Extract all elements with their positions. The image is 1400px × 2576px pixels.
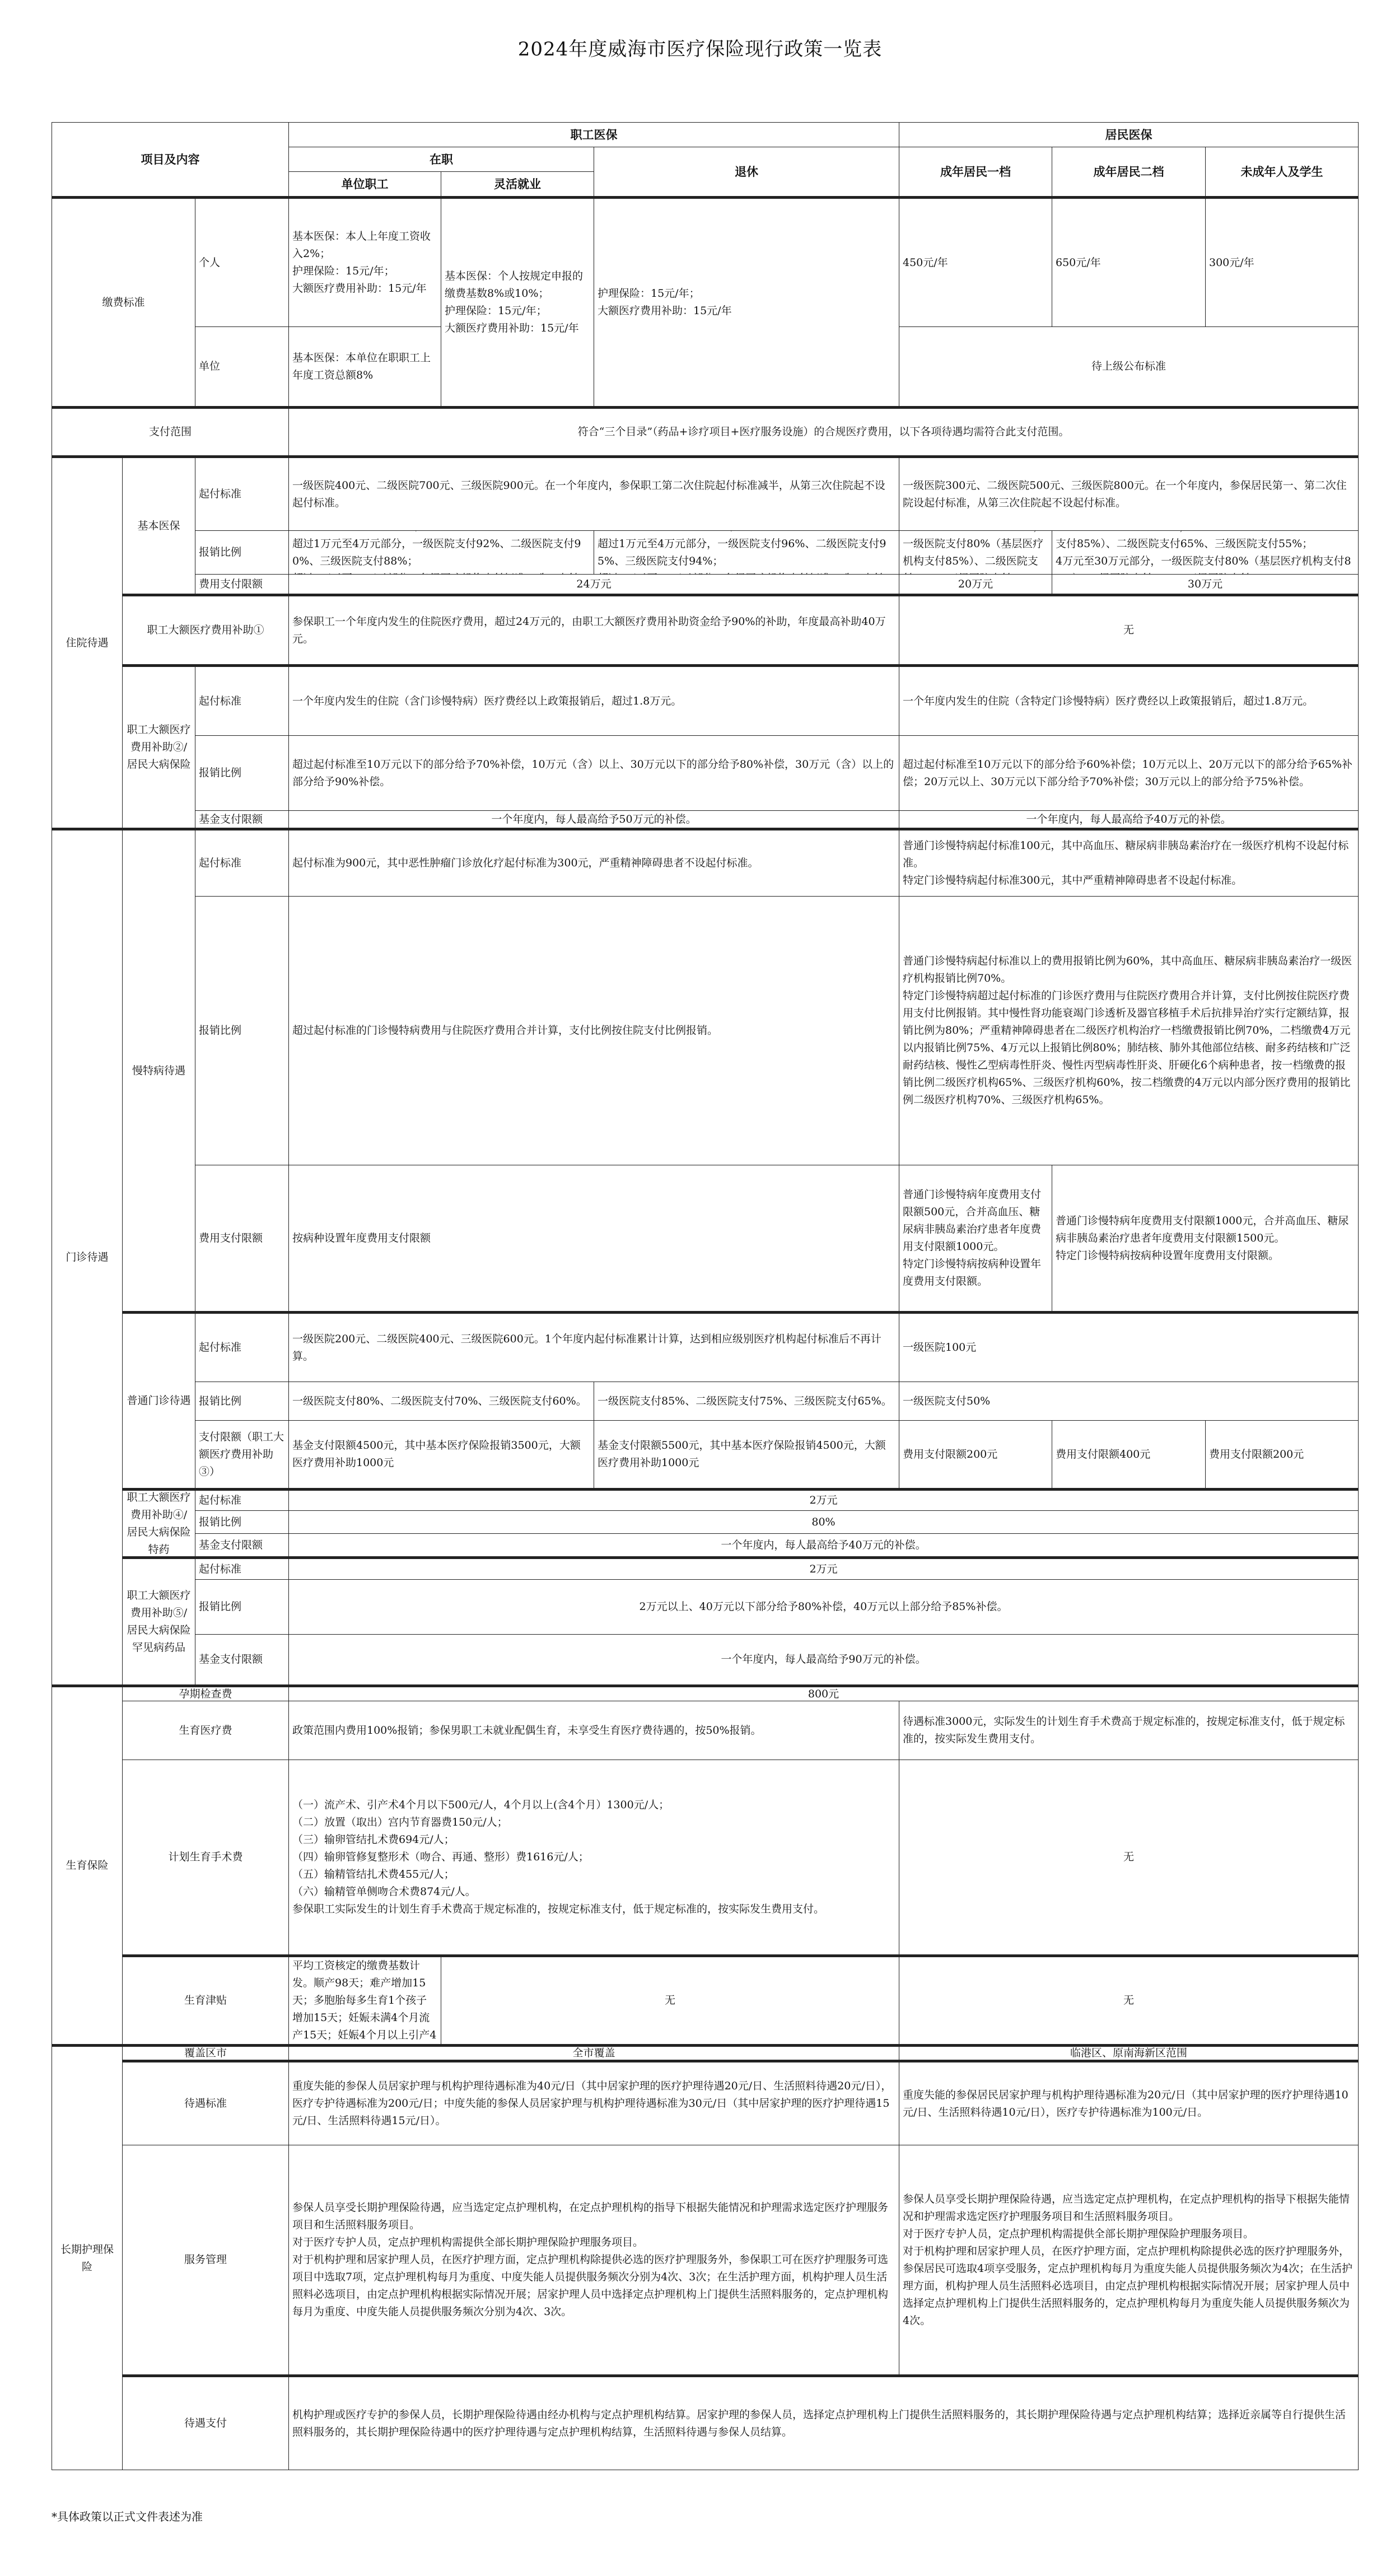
ltc-coverage-label-text: 覆盖区市 xyxy=(126,2045,285,2060)
contribution-flexible: 基本医保：个人按规定申报的缴费基数8%或10%； 护理保险：15元/年； 大额医… xyxy=(441,196,594,407)
outpatient-chronic-deductible-resident-text: 普通门诊慢特病起付标准100元，其中高血压、糖尿病非胰岛素治疗在一级医疗机构不设… xyxy=(903,837,1355,889)
outpatient-general-ratio-employed-text: 一级医院支付80%、二级医院支付70%、三级医院支付60%。 xyxy=(292,1393,590,1410)
ltc-coverage-employee: 全市覆盖 xyxy=(288,2044,899,2060)
inpatient-critical-deductible-label-text: 起付标准 xyxy=(199,693,285,710)
inpatient-critical-fund-employee: 一个年度内，每人最高给予50万元的补偿。 xyxy=(288,810,899,828)
ltc-service-employee-text: 参保人员享受长期护理保险待遇，应当选定定点护理机构，在定点护理机构的指导下根据失… xyxy=(292,2199,895,2321)
maternity-family-planning-label-text: 计划生育手术费 xyxy=(126,1849,285,1866)
maternity-allowance-flexible-retired: 无 xyxy=(441,1954,899,2045)
outpatient-general-limit-tier1: 费用支付限额200元 xyxy=(899,1420,1052,1488)
contribution-minors: 300元/年 xyxy=(1205,196,1359,327)
outpatient-general-deductible-employee-text: 一级医院200元、二级医院400元、三级医院600元。1个年度内起付标准累计计算… xyxy=(292,1331,895,1365)
maternity-medical-employee: 政策范围内费用100%报销；参保男职工未就业配偶生育，未享受生育医疗费待遇的，按… xyxy=(288,1701,899,1760)
payment-scope-label: 支付范围 xyxy=(52,406,289,456)
outpatient-special-drug-ratio: 80% xyxy=(288,1510,1359,1534)
outpatient-general-limit-retired-text: 基金支付限额5500元，其中基本医疗保险报销4500元，大额医疗费用补助1000… xyxy=(598,1437,895,1472)
outpatient-chronic-limit-tier1: 普通门诊慢特病年度费用支付限额500元，合并高血压、糖尿病非胰岛素治疗患者年度费… xyxy=(899,1165,1052,1312)
inpatient-critical-deductible-employee: 一个年度内发生的住院（含门诊慢特病）医疗费经以上政策报销后，超过1.8万元。 xyxy=(288,664,899,736)
outpatient-chronic-limit-label-text: 费用支付限额 xyxy=(199,1230,285,1247)
outpatient-general-limit-retired: 基金支付限额5500元，其中基本医疗保险报销4500元，大额医疗费用补助1000… xyxy=(594,1420,899,1488)
maternity-medical-label-text: 生育医疗费 xyxy=(126,1722,285,1739)
inpatient-label-text: 住院待遇 xyxy=(55,634,119,652)
outpatient-rare-drug-deductible-label-text: 起付标准 xyxy=(199,1561,285,1578)
contribution-unit-resident-text: 待上级公布标准 xyxy=(903,358,1355,375)
ltc-standard-label: 待遇标准 xyxy=(122,2060,289,2145)
outpatient-chronic-deductible-label-text: 起付标准 xyxy=(199,855,285,872)
maternity-allowance-resident-text: 无 xyxy=(903,1992,1355,2009)
header-retired: 退休 xyxy=(594,147,899,197)
outpatient-chronic-label: 慢特病待遇 xyxy=(122,828,195,1312)
outpatient-general-limit-tier2-text: 费用支付限额400元 xyxy=(1056,1446,1202,1463)
outpatient-chronic-ratio-label-text: 报销比例 xyxy=(199,1022,285,1039)
outpatient-general-limit-employed: 基金支付限额4500元，其中基本医疗保险报销3500元，大额医疗费用补助1000… xyxy=(288,1420,594,1488)
header-adult-tier1: 成年居民一档 xyxy=(899,147,1052,197)
header-unit-employee-text: 单位职工 xyxy=(292,175,437,193)
maternity-medical-resident-text: 待遇标准3000元，实际发生的计划生育手术费高于规定标准的，按规定标准支付，低于… xyxy=(903,1713,1355,1748)
outpatient-special-drug-deductible: 2万元 xyxy=(288,1488,1359,1511)
inpatient-basic-label: 基本医保 xyxy=(122,455,195,594)
outpatient-rare-drug-deductible: 2万元 xyxy=(288,1556,1359,1580)
footnote: *具体政策以正式文件表述为准 xyxy=(52,2508,203,2524)
header-flexible-employment-text: 灵活就业 xyxy=(445,175,590,193)
inpatient-critical-label: 职工大额医疗费用补助②/居民大病保险 xyxy=(122,664,195,828)
outpatient-chronic-ratio-employee: 超过起付标准的门诊慢特病费用与住院医疗费用合并计算，支付比例按住院支付比例报销。 xyxy=(288,896,899,1165)
maternity-allowance-employee: 以职工所在用人单位上年度月平均工资核定的缴费基数计发。顺产98天；难产增加15天… xyxy=(288,1954,441,2045)
contribution-adult-tier2: 650元/年 xyxy=(1052,196,1206,327)
policy-table: 项目及内容职工医保居民医保在职退休成年居民一档成年居民二档未成年人及学生单位职工… xyxy=(0,0,1400,2576)
outpatient-chronic-deductible-employee-text: 起付标准为900元，其中恶性肿瘤门诊放化疗起付标准为300元，严重精神障碍患者不… xyxy=(292,855,895,872)
outpatient-chronic-limit-label: 费用支付限额 xyxy=(195,1165,289,1312)
inpatient-ratio-retired-text: 超过起付标准至1万元部分，一级医院支付95%、二级医院支付92.5%、三级医院支… xyxy=(598,530,895,575)
outpatient-chronic-limit-employee-text: 按病种设置年度费用支付限额 xyxy=(292,1230,895,1247)
contribution-label: 缴费标准 xyxy=(52,196,195,407)
ltc-payment-label: 待遇支付 xyxy=(122,2374,289,2470)
outpatient-special-drug-deductible-label-text: 起付标准 xyxy=(199,1492,285,1509)
contribution-adult-tier2-text: 650元/年 xyxy=(1056,254,1202,272)
maternity-family-planning-resident-text: 无 xyxy=(903,1849,1355,1866)
outpatient-chronic-ratio-resident: 普通门诊慢特病起付标准以上的费用报销比例为60%，其中高血压、糖尿病非胰岛素治疗… xyxy=(899,896,1359,1165)
inpatient-deductible-label-text: 起付标准 xyxy=(199,486,285,503)
header-minors-students-text: 未成年人及学生 xyxy=(1209,163,1355,180)
header-retired-text: 退休 xyxy=(598,163,895,180)
outpatient-chronic-deductible-label: 起付标准 xyxy=(195,828,289,897)
maternity-allowance-flexible-retired-text: 无 xyxy=(445,1992,895,2009)
outpatient-special-drug-ratio-label: 报销比例 xyxy=(195,1510,289,1534)
maternity-medical-resident: 待遇标准3000元，实际发生的计划生育手术费高于规定标准的，按规定标准支付，低于… xyxy=(899,1701,1359,1760)
maternity-prenatal-label-text: 孕期检查费 xyxy=(126,1686,285,1702)
outpatient-rare-drug-label: 职工大额医疗费用补助⑤/居民大病保险罕见病药品 xyxy=(122,1556,195,1685)
inpatient-critical-deductible-label: 起付标准 xyxy=(195,664,289,736)
outpatient-general-ratio-resident: 一级医院支付50% xyxy=(899,1382,1359,1421)
ltc-coverage-resident-text: 临港区、原南海新区范围 xyxy=(903,2045,1355,2060)
header-unit-employee: 单位职工 xyxy=(288,171,441,197)
inpatient-limit-tier2-minors: 30万元 xyxy=(1052,574,1359,594)
contribution-flexible-text: 基本医保：个人按规定申报的缴费基数8%或10%； 护理保险：15元/年； 大额医… xyxy=(445,268,590,337)
inpatient-limit-tier1-text: 20万元 xyxy=(903,576,1048,593)
contribution-personal-unit-employee: 基本医保：本人上年度工资收入2%； 护理保险：15元/年； 大额医疗费用补助：1… xyxy=(288,196,441,327)
inpatient-ratio-tier2-minors-text: 超过起付标准至4万元部分，一级医院支付80%（基层医疗机构支付85%）、二级医院… xyxy=(1056,530,1355,575)
outpatient-special-drug-deductible-text: 2万元 xyxy=(292,1492,1355,1509)
maternity-family-planning-employee: （一）流产术、引产术4个月以下500元/人，4个月以上(含4个月）1300元/人… xyxy=(288,1760,899,1955)
inpatient-limit-employee: 24万元 xyxy=(288,574,899,594)
inpatient-deductible-resident: 一级医院300元、二级医院500元、三级医院800元。在一个年度内，参保居民第一… xyxy=(899,455,1359,531)
header-adult-tier2-text: 成年居民二档 xyxy=(1056,163,1202,180)
maternity-label-text: 生育保险 xyxy=(55,1857,119,1874)
outpatient-chronic-deductible-resident: 普通门诊慢特病起付标准100元，其中高血压、糖尿病非胰岛素治疗在一级医疗机构不设… xyxy=(899,828,1359,897)
outpatient-general-limit-tier2: 费用支付限额400元 xyxy=(1052,1420,1206,1488)
inpatient-large-subsidy-resident: 无 xyxy=(899,594,1359,665)
header-adult-tier1-text: 成年居民一档 xyxy=(903,163,1048,180)
contribution-adult-tier1-text: 450元/年 xyxy=(903,254,1048,272)
contribution-personal-label: 个人 xyxy=(195,196,289,327)
outpatient-chronic-label-text: 慢特病待遇 xyxy=(126,1062,192,1080)
inpatient-ratio-retired: 超过起付标准至1万元部分，一级医院支付95%、二级医院支付92.5%、三级医院支… xyxy=(594,530,899,575)
outpatient-general-limit-label-text: 支付限额（职工大额医疗费用补助③） xyxy=(199,1429,285,1481)
outpatient-general-ratio-retired-text: 一级医院支付85%、二级医院支付75%、三级医院支付65%。 xyxy=(598,1393,895,1410)
outpatient-rare-drug-fund-label: 基金支付限额 xyxy=(195,1634,289,1685)
outpatient-chronic-limit-tier2-minors: 普通门诊慢特病年度费用支付限额1000元，合并高血压、糖尿病非胰岛素治疗患者年度… xyxy=(1052,1165,1359,1312)
header-minors-students: 未成年人及学生 xyxy=(1205,147,1359,197)
header-employee-insurance-text: 职工医保 xyxy=(292,126,895,143)
ltc-label-text: 长期护理保险 xyxy=(55,2241,119,2276)
outpatient-chronic-limit-employee: 按病种设置年度费用支付限额 xyxy=(288,1165,899,1312)
maternity-prenatal-value: 800元 xyxy=(288,1684,1359,1701)
ltc-standard-employee: 重度失能的参保人员居家护理与机构护理待遇标准为40元/日（其中居家护理的医疗护理… xyxy=(288,2060,899,2145)
inpatient-ratio-employed: 超过起付标准至1万元部分，一级医院支付90%、二级医院支付85%、三级医院支付8… xyxy=(288,530,594,575)
contribution-minors-text: 300元/年 xyxy=(1209,254,1355,272)
ltc-payment-value: 机构护理或医疗专护的参保人员，长期护理保险待遇由经办机构与定点护理机构结算。居家… xyxy=(288,2374,1359,2470)
inpatient-ratio-tier1-text: 超过起付标准至20万元部分，一级医院支付80%（基层医疗机构支付85%）、二级医… xyxy=(903,530,1048,575)
outpatient-chronic-deductible-employee: 起付标准为900元，其中恶性肿瘤门诊放化疗起付标准为300元，严重精神障碍患者不… xyxy=(288,828,899,897)
outpatient-general-limit-minors-text: 费用支付限额200元 xyxy=(1209,1446,1355,1463)
ltc-coverage-employee-text: 全市覆盖 xyxy=(292,2045,895,2060)
inpatient-deductible-employee-text: 一级医院400元、二级医院700元、三级医院900元。在一个年度内，参保职工第二… xyxy=(292,477,895,512)
inpatient-deductible-employee: 一级医院400元、二级医院700元、三级医院900元。在一个年度内，参保职工第二… xyxy=(288,455,899,531)
inpatient-critical-fund-resident: 一个年度内，每人最高给予40万元的补偿。 xyxy=(899,810,1359,828)
ltc-service-resident: 参保人员享受长期护理保险待遇，应当选定定点护理机构，在定点护理机构的指导下根据失… xyxy=(899,2145,1359,2375)
outpatient-general-ratio-resident-text: 一级医院支付50% xyxy=(903,1393,1355,1410)
payment-scope-value-text: 符合“三个目录”（药品+诊疗项目+医疗服务设施）的合规医疗费用，以下各项待遇均需… xyxy=(292,423,1355,441)
outpatient-special-drug-fund: 一个年度内，每人最高给予40万元的补偿。 xyxy=(288,1533,1359,1557)
contribution-unit-label: 单位 xyxy=(195,326,289,407)
inpatient-deductible-resident-text: 一级医院300元、二级医院500元、三级医院800元。在一个年度内，参保居民第一… xyxy=(903,477,1355,512)
outpatient-chronic-limit-tier2-minors-text: 普通门诊慢特病年度费用支付限额1000元，合并高血压、糖尿病非胰岛素治疗患者年度… xyxy=(1056,1212,1355,1264)
contribution-retired-text: 护理保险：15元/年； 大额医疗费用补助：15元/年 xyxy=(598,285,895,320)
inpatient-ratio-label: 报销比例 xyxy=(195,530,289,575)
outpatient-special-drug-deductible-label: 起付标准 xyxy=(195,1488,289,1511)
outpatient-general-ratio-label: 报销比例 xyxy=(195,1382,289,1421)
inpatient-critical-ratio-label: 报销比例 xyxy=(195,735,289,811)
inpatient-basic-label-text: 基本医保 xyxy=(126,517,192,535)
maternity-allowance-label-text: 生育津贴 xyxy=(126,1992,285,2009)
outpatient-general-limit-employed-text: 基金支付限额4500元，其中基本医疗保险报销3500元，大额医疗费用补助1000… xyxy=(292,1437,590,1472)
ltc-standard-resident: 重度失能的参保居民居家护理与机构护理待遇标准为20元/日（其中居家护理的医疗护理… xyxy=(899,2060,1359,2145)
outpatient-chronic-limit-tier1-text: 普通门诊慢特病年度费用支付限额500元，合并高血压、糖尿病非胰岛素治疗患者年度费… xyxy=(903,1186,1048,1290)
contribution-unit-employee: 基本医保：本单位在职职工上年度工资总额8% xyxy=(288,326,441,407)
outpatient-general-deductible-resident: 一级医院100元 xyxy=(899,1311,1359,1382)
outpatient-special-drug-fund-text: 一个年度内，每人最高给予40万元的补偿。 xyxy=(292,1537,1355,1554)
outpatient-general-ratio-employed: 一级医院支付80%、二级医院支付70%、三级医院支付60%。 xyxy=(288,1382,594,1421)
header-item: 项目及内容 xyxy=(52,122,289,197)
outpatient-rare-drug-deductible-label: 起付标准 xyxy=(195,1556,289,1580)
inpatient-large-subsidy-employee-text: 参保职工一个年度内发生的住院医疗费用，超过24万元的，由职工大额医疗费用补助资金… xyxy=(292,613,895,648)
outpatient-label-text: 门诊待遇 xyxy=(55,1249,119,1266)
outpatient-general-deductible-label: 起付标准 xyxy=(195,1311,289,1382)
inpatient-limit-label-text: 费用支付限额 xyxy=(199,576,285,593)
inpatient-critical-ratio-employee: 超过起付标准至10万元以下的部分给予70%补偿，10万元（含）以上、30万元以下… xyxy=(288,735,899,811)
inpatient-ratio-tier1: 超过起付标准至20万元部分，一级医院支付80%（基层医疗机构支付85%）、二级医… xyxy=(899,530,1052,575)
contribution-personal-label-text: 个人 xyxy=(199,254,285,272)
contribution-unit-resident: 待上级公布标准 xyxy=(899,326,1359,407)
outpatient-rare-drug-fund-label-text: 基金支付限额 xyxy=(199,1651,285,1668)
inpatient-critical-fund-label: 基金支付限额 xyxy=(195,810,289,828)
header-employed: 在职 xyxy=(288,147,594,172)
inpatient-limit-tier1: 20万元 xyxy=(899,574,1052,594)
inpatient-limit-label: 费用支付限额 xyxy=(195,574,289,594)
inpatient-large-subsidy-employee: 参保职工一个年度内发生的住院医疗费用，超过24万元的，由职工大额医疗费用补助资金… xyxy=(288,594,899,665)
inpatient-limit-tier2-minors-text: 30万元 xyxy=(1056,576,1355,593)
contribution-retired: 护理保险：15元/年； 大额医疗费用补助：15元/年 xyxy=(594,196,899,407)
outpatient-general-label-text: 普通门诊待遇 xyxy=(126,1392,192,1410)
inpatient-large-subsidy-label-text: 职工大额医疗费用补助① xyxy=(126,622,285,639)
contribution-label-text: 缴费标准 xyxy=(55,294,192,311)
outpatient-general-limit-label: 支付限额（职工大额医疗费用补助③） xyxy=(195,1420,289,1488)
maternity-allowance-employee-text: 以职工所在用人单位上年度月平均工资核定的缴费基数计发。顺产98天；难产增加15天… xyxy=(292,1954,437,2045)
outpatient-rare-drug-ratio-text: 2万元以上、40万元以下部分给予80%补偿，40万元以上部分给予85%补偿。 xyxy=(292,1598,1355,1616)
outpatient-general-deductible-label-text: 起付标准 xyxy=(199,1339,285,1356)
ltc-service-label-text: 服务管理 xyxy=(126,2251,285,2269)
header-item-text: 项目及内容 xyxy=(55,151,285,168)
inpatient-critical-deductible-resident-text: 一个年度内发生的住院（含特定门诊慢特病）医疗费经以上政策报销后，超过1.8万元。 xyxy=(903,693,1355,710)
maternity-allowance-label: 生育津贴 xyxy=(122,1954,289,2045)
header-resident-insurance: 居民医保 xyxy=(899,122,1359,147)
ltc-label: 长期护理保险 xyxy=(52,2044,123,2470)
inpatient-critical-ratio-resident: 超过起付标准至10万元以下的部分给予60%补偿；10万元以上、20万元以下的部分… xyxy=(899,735,1359,811)
outpatient-label: 门诊待遇 xyxy=(52,828,123,1685)
ltc-payment-value-text: 机构护理或医疗专护的参保人员，长期护理保险待遇由经办机构与定点护理机构结算。居家… xyxy=(292,2406,1355,2441)
outpatient-special-drug-fund-label: 基金支付限额 xyxy=(195,1533,289,1557)
outpatient-special-drug-ratio-label-text: 报销比例 xyxy=(199,1514,285,1531)
inpatient-label: 住院待遇 xyxy=(52,455,123,828)
maternity-allowance-resident: 无 xyxy=(899,1954,1359,2045)
outpatient-special-drug-label-text: 职工大额医疗费用补助④/居民大病保险特药 xyxy=(126,1489,192,1557)
maternity-medical-label: 生育医疗费 xyxy=(122,1701,289,1760)
ltc-service-resident-text: 参保人员享受长期护理保险待遇，应当选定定点护理机构，在定点护理机构的指导下根据失… xyxy=(903,2191,1355,2330)
outpatient-chronic-ratio-employee-text: 超过起付标准的门诊慢特病费用与住院医疗费用合并计算，支付比例按住院支付比例报销。 xyxy=(292,1022,895,1039)
header-adult-tier2: 成年居民二档 xyxy=(1052,147,1206,197)
outpatient-special-drug-fund-label-text: 基金支付限额 xyxy=(199,1537,285,1554)
ltc-service-label: 服务管理 xyxy=(122,2145,289,2375)
header-resident-insurance-text: 居民医保 xyxy=(903,126,1355,143)
maternity-prenatal-value-text: 800元 xyxy=(292,1686,1355,1702)
outpatient-general-label: 普通门诊待遇 xyxy=(122,1311,195,1488)
outpatient-rare-drug-fund-text: 一个年度内，每人最高给予90万元的补偿。 xyxy=(292,1651,1355,1668)
maternity-family-planning-label: 计划生育手术费 xyxy=(122,1760,289,1955)
inpatient-critical-fund-label-text: 基金支付限额 xyxy=(199,811,285,828)
maternity-family-planning-employee-text: （一）流产术、引产术4个月以下500元/人，4个月以上(含4个月）1300元/人… xyxy=(292,1796,895,1918)
payment-scope-value: 符合“三个目录”（药品+诊疗项目+医疗服务设施）的合规医疗费用，以下各项待遇均需… xyxy=(288,406,1359,456)
maternity-label: 生育保险 xyxy=(52,1684,123,2045)
inpatient-critical-ratio-resident-text: 超过起付标准至10万元以下的部分给予60%补偿；10万元以上、20万元以下的部分… xyxy=(903,756,1355,791)
inpatient-critical-deductible-employee-text: 一个年度内发生的住院（含门诊慢特病）医疗费经以上政策报销后，超过1.8万元。 xyxy=(292,693,895,710)
header-employee-insurance: 职工医保 xyxy=(288,122,899,147)
maternity-prenatal-label: 孕期检查费 xyxy=(122,1684,289,1701)
inpatient-large-subsidy-resident-text: 无 xyxy=(903,622,1355,639)
inpatient-critical-fund-resident-text: 一个年度内，每人最高给予40万元的补偿。 xyxy=(903,811,1355,828)
inpatient-critical-deductible-resident: 一个年度内发生的住院（含特定门诊慢特病）医疗费经以上政策报销后，超过1.8万元。 xyxy=(899,664,1359,736)
payment-scope-label-text: 支付范围 xyxy=(55,423,285,441)
ltc-standard-label-text: 待遇标准 xyxy=(126,2095,285,2112)
contribution-personal-unit-employee-text: 基本医保：本人上年度工资收入2%； 护理保险：15元/年； 大额医疗费用补助：1… xyxy=(292,228,437,297)
maternity-family-planning-resident: 无 xyxy=(899,1760,1359,1955)
inpatient-ratio-label-text: 报销比例 xyxy=(199,544,285,561)
outpatient-rare-drug-ratio-label: 报销比例 xyxy=(195,1579,289,1635)
ltc-payment-label-text: 待遇支付 xyxy=(126,2415,285,2432)
outpatient-general-limit-minors: 费用支付限额200元 xyxy=(1205,1420,1359,1488)
outpatient-rare-drug-fund: 一个年度内，每人最高给予90万元的补偿。 xyxy=(288,1634,1359,1685)
outpatient-general-ratio-label-text: 报销比例 xyxy=(199,1393,285,1410)
outpatient-rare-drug-ratio: 2万元以上、40万元以下部分给予80%补偿，40万元以上部分给予85%补偿。 xyxy=(288,1579,1359,1635)
ltc-service-employee: 参保人员享受长期护理保险待遇，应当选定定点护理机构，在定点护理机构的指导下根据失… xyxy=(288,2145,899,2375)
contribution-unit-employee-text: 基本医保：本单位在职职工上年度工资总额8% xyxy=(292,349,437,384)
outpatient-general-deductible-employee: 一级医院200元、二级医院400元、三级医院600元。1个年度内起付标准累计计算… xyxy=(288,1311,899,1382)
outpatient-chronic-ratio-label: 报销比例 xyxy=(195,896,289,1165)
maternity-medical-employee-text: 政策范围内费用100%报销；参保男职工未就业配偶生育，未享受生育医疗费待遇的，按… xyxy=(292,1722,895,1739)
inpatient-critical-ratio-employee-text: 超过起付标准至10万元以下的部分给予70%补偿，10万元（含）以上、30万元以下… xyxy=(292,756,895,791)
outpatient-chronic-ratio-resident-text: 普通门诊慢特病起付标准以上的费用报销比例为60%，其中高血压、糖尿病非胰岛素治疗… xyxy=(903,953,1355,1109)
outpatient-rare-drug-ratio-label-text: 报销比例 xyxy=(199,1598,285,1616)
contribution-adult-tier1: 450元/年 xyxy=(899,196,1052,327)
outpatient-rare-drug-label-text: 职工大额医疗费用补助⑤/居民大病保险罕见病药品 xyxy=(126,1587,192,1656)
inpatient-critical-label-text: 职工大额医疗费用补助②/居民大病保险 xyxy=(126,721,192,773)
inpatient-limit-employee-text: 24万元 xyxy=(292,576,895,593)
inpatient-critical-ratio-label-text: 报销比例 xyxy=(199,764,285,782)
ltc-coverage-resident: 临港区、原南海新区范围 xyxy=(899,2044,1359,2060)
ltc-standard-employee-text: 重度失能的参保人员居家护理与机构护理待遇标准为40元/日（其中居家护理的医疗护理… xyxy=(292,2078,895,2130)
outpatient-special-drug-ratio-text: 80% xyxy=(292,1514,1355,1531)
inpatient-critical-fund-employee-text: 一个年度内，每人最高给予50万元的补偿。 xyxy=(292,811,895,828)
inpatient-deductible-label: 起付标准 xyxy=(195,455,289,531)
outpatient-general-limit-tier1-text: 费用支付限额200元 xyxy=(903,1446,1048,1463)
inpatient-large-subsidy-label: 职工大额医疗费用补助① xyxy=(122,594,289,665)
outpatient-special-drug-label: 职工大额医疗费用补助④/居民大病保险特药 xyxy=(122,1488,195,1557)
outpatient-general-deductible-resident-text: 一级医院100元 xyxy=(903,1339,1355,1356)
inpatient-ratio-tier2-minors: 超过起付标准至4万元部分，一级医院支付80%（基层医疗机构支付85%）、二级医院… xyxy=(1052,530,1359,575)
inpatient-ratio-employed-text: 超过起付标准至1万元部分，一级医院支付90%、二级医院支付85%、三级医院支付8… xyxy=(292,530,590,575)
contribution-unit-label-text: 单位 xyxy=(199,358,285,375)
header-employed-text: 在职 xyxy=(292,151,590,168)
ltc-standard-resident-text: 重度失能的参保居民居家护理与机构护理待遇标准为20元/日（其中居家护理的医疗护理… xyxy=(903,2087,1355,2121)
outpatient-rare-drug-deductible-text: 2万元 xyxy=(292,1561,1355,1578)
outpatient-general-ratio-retired: 一级医院支付85%、二级医院支付75%、三级医院支付65%。 xyxy=(594,1382,899,1421)
ltc-coverage-label: 覆盖区市 xyxy=(122,2044,289,2060)
header-flexible-employment: 灵活就业 xyxy=(441,171,594,197)
